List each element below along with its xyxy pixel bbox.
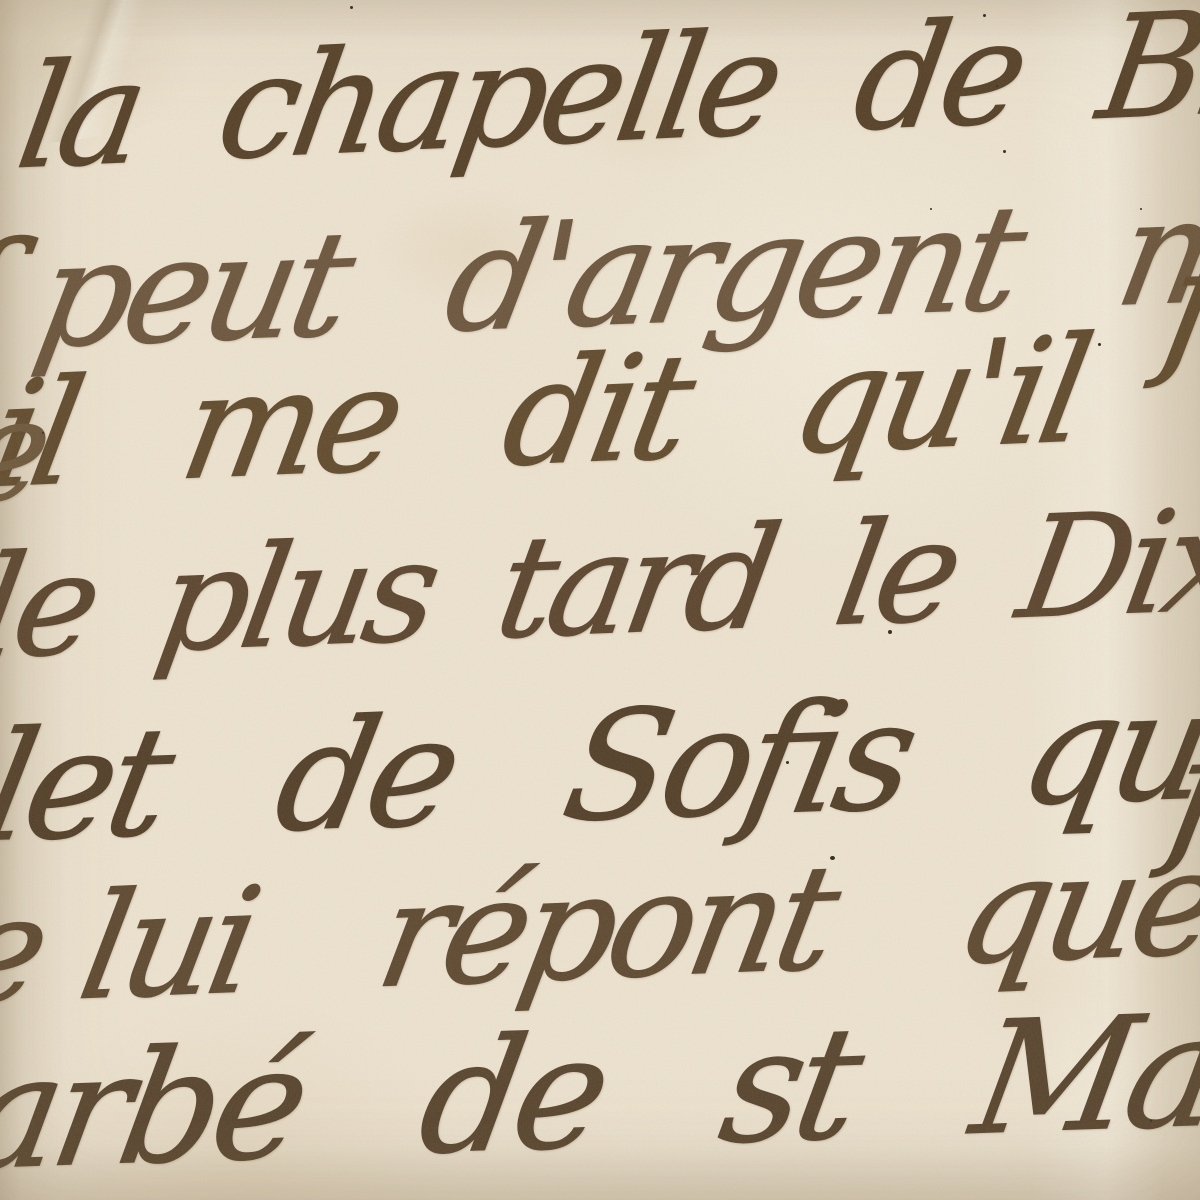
handwriting-line-1: la chapelle de Blan xyxy=(8,0,1200,201)
ink-speck xyxy=(42,432,44,434)
ink-speck xyxy=(888,630,892,634)
ink-speck xyxy=(786,761,789,764)
ink-speck xyxy=(1098,343,1101,346)
ink-speck xyxy=(1140,208,1142,210)
ink-speck xyxy=(1003,150,1006,153)
ink-speck xyxy=(1150,1120,1152,1122)
manuscript-page: la chapelle de Blan peut d'argent moi il… xyxy=(0,0,1200,1200)
ink-speck xyxy=(350,6,353,9)
ink-speck xyxy=(996,85,998,87)
ink-speck xyxy=(930,208,932,210)
ink-speck xyxy=(983,14,986,17)
ink-speck xyxy=(830,856,835,860)
cut-letter-fragment: e xyxy=(0,864,56,1037)
